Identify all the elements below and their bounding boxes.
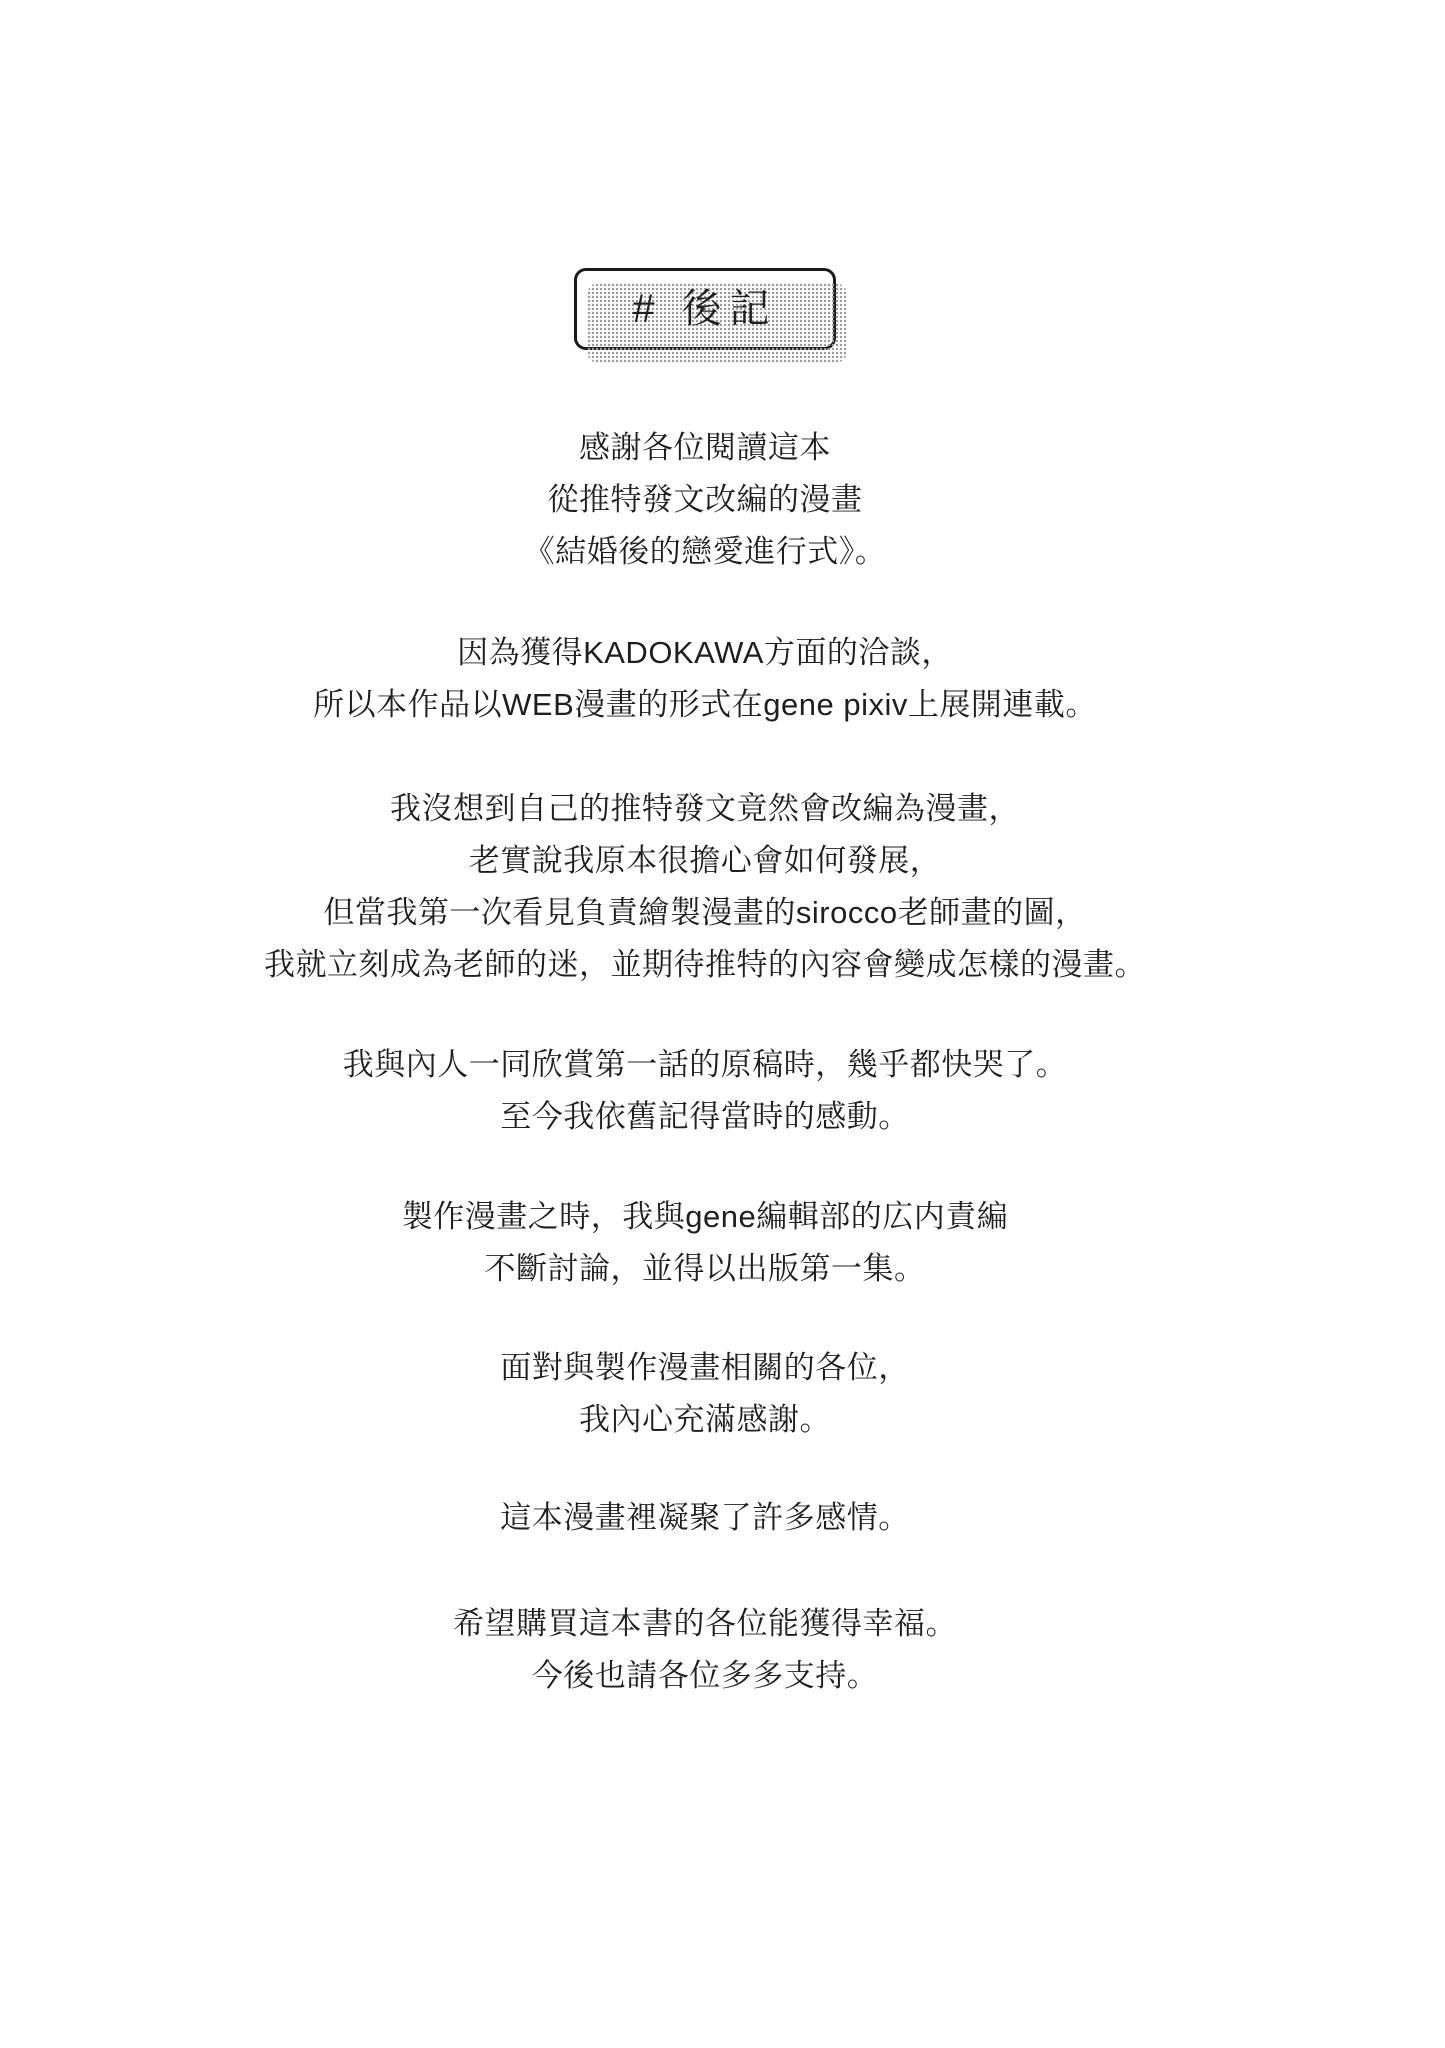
paragraph-first-chapter: 我與內人一同欣賞第一話的原稿時，幾乎都快哭了。 至今我依舊記得當時的感動。	[0, 1039, 1410, 1143]
afterword-title-box: # 後記	[574, 268, 836, 350]
afterword-line: 老實說我原本很擔心會如何發展，	[0, 835, 1410, 887]
afterword-line: 這本漫畫裡凝聚了許多感情。	[0, 1492, 1410, 1544]
paragraph-kadokawa: 因為獲得KADOKAWA方面的洽談， 所以本作品以WEB漫畫的形式在gene p…	[0, 627, 1410, 731]
afterword-line: 希望購買這本書的各位能獲得幸福。	[0, 1598, 1410, 1650]
afterword-line: 今後也請各位多多支持。	[0, 1650, 1410, 1702]
afterword-page: # 後記 感謝各位閱讀這本 從推特發文改編的漫畫 《結婚後的戀愛進行式》。 因為…	[0, 0, 1445, 2048]
afterword-line: 《結婚後的戀愛進行式》。	[0, 526, 1410, 578]
afterword-line: 我內心充滿感謝。	[0, 1394, 1410, 1446]
page-title: # 後記	[632, 287, 777, 331]
afterword-line: 面對與製作漫畫相關的各位，	[0, 1342, 1410, 1394]
afterword-line: 我與內人一同欣賞第一話的原稿時，幾乎都快哭了。	[0, 1039, 1410, 1091]
afterword-line: 不斷討論，並得以出版第一集。	[0, 1243, 1410, 1295]
paragraph-closing: 希望購買這本書的各位能獲得幸福。 今後也請各位多多支持。	[0, 1598, 1410, 1702]
afterword-line: 感謝各位閱讀這本	[0, 422, 1410, 474]
title-box-row: # 後記	[0, 0, 1410, 350]
afterword-line: 我就立刻成為老師的迷，並期待推特的內容會變成怎樣的漫畫。	[0, 939, 1410, 991]
paragraph-adaptation: 我沒想到自己的推特發文竟然會改編為漫畫， 老實說我原本很擔心會如何發展， 但當我…	[0, 783, 1410, 991]
paragraph-thanks: 感謝各位閱讀這本 從推特發文改編的漫畫 《結婚後的戀愛進行式》。	[0, 422, 1410, 578]
afterword-line: 因為獲得KADOKAWA方面的洽談，	[0, 627, 1410, 679]
paragraph-gratitude: 面對與製作漫畫相關的各位， 我內心充滿感謝。	[0, 1342, 1410, 1446]
afterword-line: 所以本作品以WEB漫畫的形式在gene pixiv上展開連載。	[0, 679, 1410, 731]
afterword-line: 製作漫畫之時，我與gene編輯部的広内責編	[0, 1191, 1410, 1243]
afterword-line: 我沒想到自己的推特發文竟然會改編為漫畫，	[0, 783, 1410, 835]
paragraph-feelings: 這本漫畫裡凝聚了許多感情。	[0, 1492, 1410, 1544]
afterword-line: 至今我依舊記得當時的感動。	[0, 1091, 1410, 1143]
paragraph-editor: 製作漫畫之時，我與gene編輯部的広内責編 不斷討論，並得以出版第一集。	[0, 1191, 1410, 1295]
afterword-line: 從推特發文改編的漫畫	[0, 474, 1410, 526]
afterword-line: 但當我第一次看見負責繪製漫畫的sirocco老師畫的圖，	[0, 887, 1410, 939]
afterword-content: # 後記 感謝各位閱讀這本 從推特發文改編的漫畫 《結婚後的戀愛進行式》。 因為…	[0, 0, 1410, 1702]
